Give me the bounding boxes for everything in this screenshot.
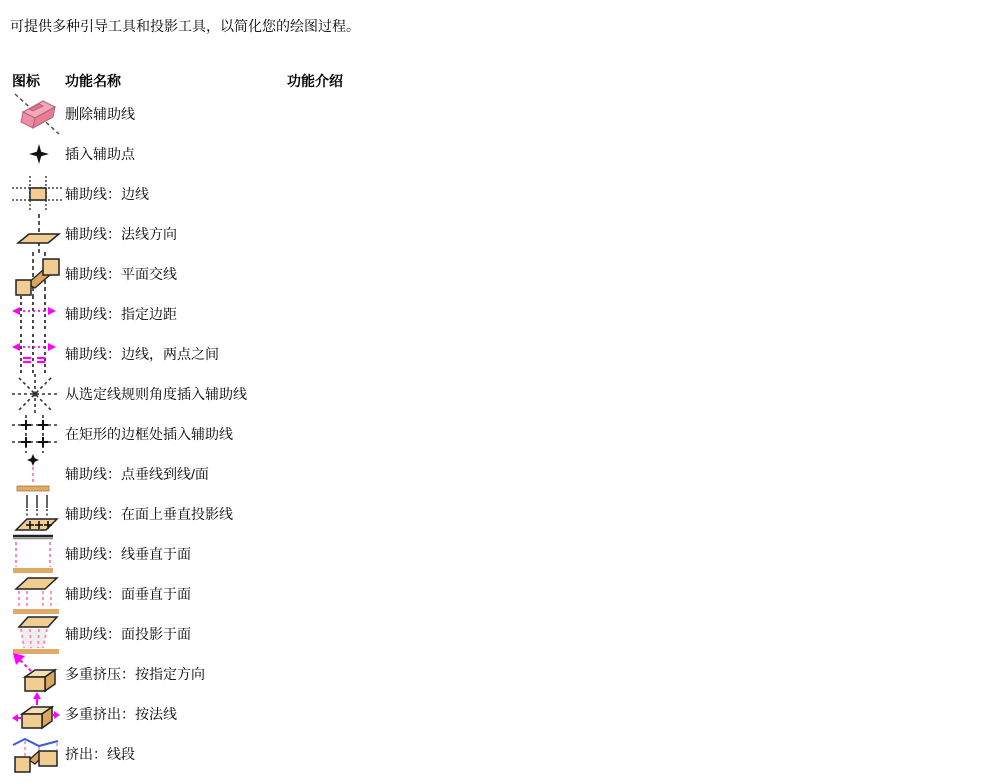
function-name: 辅助线：指定边距 <box>65 304 287 324</box>
guide-project-lines-on-face-icon <box>12 494 60 534</box>
function-name: 插入辅助点 <box>65 144 287 164</box>
table-row: 辅助线：法线方向 <box>10 214 992 254</box>
function-name: 辅助线：边线，两点之间 <box>65 344 287 364</box>
guide-line-perpendicular-face-icon <box>12 534 54 574</box>
guide-rect-border-icon <box>12 415 58 453</box>
guide-edge-two-points-icon <box>12 334 56 374</box>
table-row: 在矩形的边框处插入辅助线 <box>10 414 992 454</box>
table-row: 辅助线：平面交线 <box>10 254 992 294</box>
table-header-row: 图标 功能名称 功能介绍 <box>10 68 992 94</box>
insert-guide-point-icon <box>28 143 50 165</box>
delete-guide-eraser-icon <box>12 93 62 135</box>
guide-normal-direction-icon <box>12 214 64 254</box>
function-name: 多重挤出：按法线 <box>65 704 287 724</box>
table-row: 从选定线规则角度插入辅助线 <box>10 374 992 414</box>
multi-extrude-direction-icon <box>12 652 60 696</box>
extrude-segment-icon <box>12 734 60 774</box>
function-name: 从选定线规则角度插入辅助线 <box>65 384 287 404</box>
intro-text: 可提供多种引导工具和投影工具，以简化您的绘图过程。 <box>10 16 992 36</box>
table-row: 挤出：线段 <box>10 734 992 774</box>
guide-offset-edge-icon <box>12 296 56 332</box>
header-function-name: 功能名称 <box>65 71 287 91</box>
help-document: 可提供多种引导工具和投影工具，以简化您的绘图过程。 图标 功能名称 功能介绍 删… <box>0 0 1002 774</box>
header-function-description: 功能介绍 <box>287 71 992 91</box>
table-row: 辅助线：点垂线到线/面 <box>10 454 992 494</box>
guide-plane-intersection-icon <box>12 252 62 296</box>
guide-edge-icon <box>12 176 64 212</box>
table-row: 辅助线：边线 <box>10 174 992 214</box>
table-row: 插入辅助点 <box>10 134 992 174</box>
function-name: 辅助线：线垂直于面 <box>65 544 287 564</box>
function-name: 挤出：线段 <box>65 744 287 764</box>
function-name: 辅助线：平面交线 <box>65 264 287 284</box>
guide-point-perpendicular-icon <box>12 454 54 494</box>
function-name: 辅助线：面投影于面 <box>65 624 287 644</box>
function-name: 辅助线：面垂直于面 <box>65 584 287 604</box>
tools-table: 图标 功能名称 功能介绍 删除辅助线 插入 <box>10 68 992 774</box>
table-row: 辅助线：指定边距 <box>10 294 992 334</box>
function-name: 在矩形的边框处插入辅助线 <box>65 424 287 444</box>
table-row: 辅助线：在面上垂直投影线 <box>10 494 992 534</box>
table-row: 多重挤压：按指定方向 <box>10 654 992 694</box>
guide-angles-from-line-icon <box>12 374 58 414</box>
function-name: 删除辅助线 <box>65 104 287 124</box>
function-name: 辅助线：在面上垂直投影线 <box>65 504 287 524</box>
guide-face-projected-face-icon <box>12 613 60 655</box>
function-name: 辅助线：法线方向 <box>65 224 287 244</box>
function-name: 辅助线：点垂线到线/面 <box>65 464 287 484</box>
table-row: 删除辅助线 <box>10 94 992 134</box>
table-row: 辅助线：边线，两点之间 <box>10 334 992 374</box>
function-name: 多重挤压：按指定方向 <box>65 664 287 684</box>
table-row: 多重挤出：按法线 <box>10 694 992 734</box>
table-row: 辅助线：线垂直于面 <box>10 534 992 574</box>
header-icon: 图标 <box>10 71 65 91</box>
table-row: 辅助线：面垂直于面 <box>10 574 992 614</box>
function-name: 辅助线：边线 <box>65 184 287 204</box>
guide-face-perpendicular-face-icon <box>12 573 60 615</box>
table-row: 辅助线：面投影于面 <box>10 614 992 654</box>
multi-extrude-normal-icon <box>12 692 60 736</box>
